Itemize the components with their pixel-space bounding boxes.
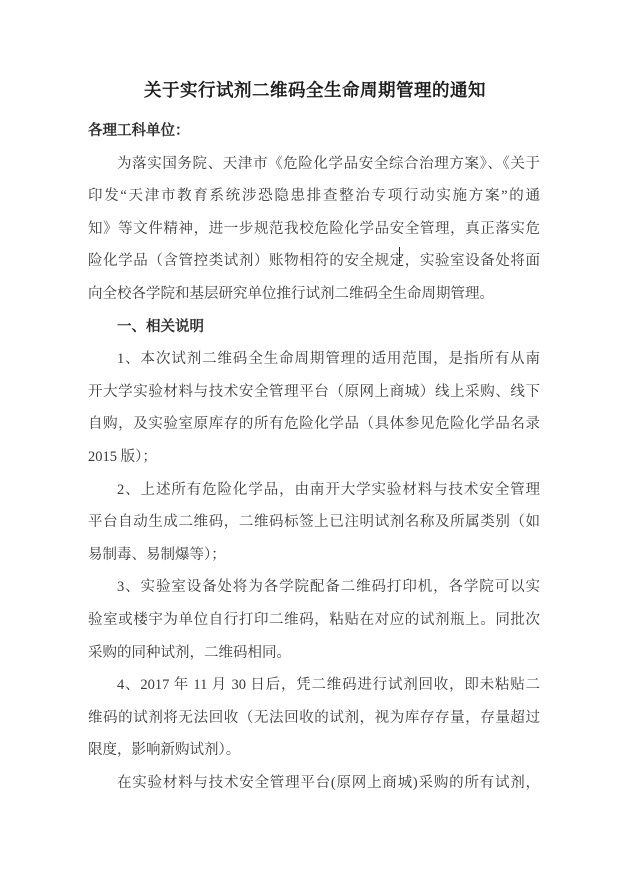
document-line: 险化学品（含管控类试剂）账物相符的安全规定，实验室设备处将面	[88, 245, 540, 278]
document-line: 印发“天津市教育系统涉恐隐患排查整治专项行动实施方案”的通	[88, 180, 540, 213]
document-line: 2015 版）；	[88, 441, 540, 474]
body-paragraph: 4、2017 年 11 月 30 日后，凭二维码进行试剂回收，即未粘贴二维码的试…	[88, 669, 540, 767]
salutation-line: 各理工科单位：	[88, 115, 540, 148]
document-body[interactable]: 各理工科单位： 为落实国务院、天津市《危险化学品安全综合治理方案》、《关于印发“…	[0, 115, 630, 799]
document-line: 向全校各学院和基层研究单位推行试剂二维码全生命周期管理。	[88, 278, 540, 311]
document-line: 自购，及实验室原库存的所有危险化学品（具体参见危险化学品名录	[88, 408, 540, 441]
document-page: 关于实行试剂二维码全生命周期管理的通知 各理工科单位： 为落实国务院、天津市《危…	[0, 0, 630, 873]
document-line: 开大学实验材料与技术安全管理平台（原网上商城）线上采购、线下	[88, 376, 540, 409]
document-line: 4、2017 年 11 月 30 日后，凭二维码进行试剂回收，即未粘贴二	[88, 669, 540, 702]
section-heading: 一、相关说明	[88, 311, 540, 344]
salutation-paragraph: 各理工科单位：	[88, 115, 540, 148]
document-line: 在实验材料与技术安全管理平台(原网上商城)采购的所有试剂，	[88, 767, 540, 800]
document-line: 知》等文件精神，进一步规范我校危险化学品安全管理，真正落实危	[88, 213, 540, 246]
document-line: 验室或楼宇为单位自行打印二维码，粘贴在对应的试剂瓶上。同批次	[88, 604, 540, 637]
document-line: 3、实验室设备处将为各学院配备二维码打印机，各学院可以实	[88, 571, 540, 604]
document-line: 限度，影响新购试剂）。	[88, 734, 540, 767]
document-line: 一、相关说明	[88, 311, 540, 344]
body-paragraph: 3、实验室设备处将为各学院配备二维码打印机，各学院可以实验室或楼宇为单位自行打印…	[88, 571, 540, 669]
body-paragraph: 在实验材料与技术安全管理平台(原网上商城)采购的所有试剂，	[88, 767, 540, 800]
document-line: 易制毒、易制爆等）；	[88, 539, 540, 572]
body-paragraph: 2、上述所有危险化学品，由南开大学实验材料与技术安全管理平台自动生成二维码，二维…	[88, 474, 540, 572]
document-line: 维码的试剂将无法回收（无法回收的试剂，视为库存存量，存量超过	[88, 702, 540, 735]
document-line: 1、本次试剂二维码全生命周期管理的适用范围，是指所有从南	[88, 343, 540, 376]
document-title: 关于实行试剂二维码全生命周期管理的通知	[0, 78, 630, 102]
document-line: 为落实国务院、天津市《危险化学品安全综合治理方案》、《关于	[88, 148, 540, 181]
document-line: 采购的同种试剂，二维码相同。	[88, 637, 540, 670]
text-cursor	[399, 247, 400, 264]
body-paragraph: 为落实国务院、天津市《危险化学品安全综合治理方案》、《关于印发“天津市教育系统涉…	[88, 148, 540, 311]
document-line: 平台自动生成二维码，二维码标签上已注明试剂名称及所属类别（如	[88, 506, 540, 539]
body-paragraph: 1、本次试剂二维码全生命周期管理的适用范围，是指所有从南开大学实验材料与技术安全…	[88, 343, 540, 473]
document-line: 2、上述所有危险化学品，由南开大学实验材料与技术安全管理	[88, 474, 540, 507]
